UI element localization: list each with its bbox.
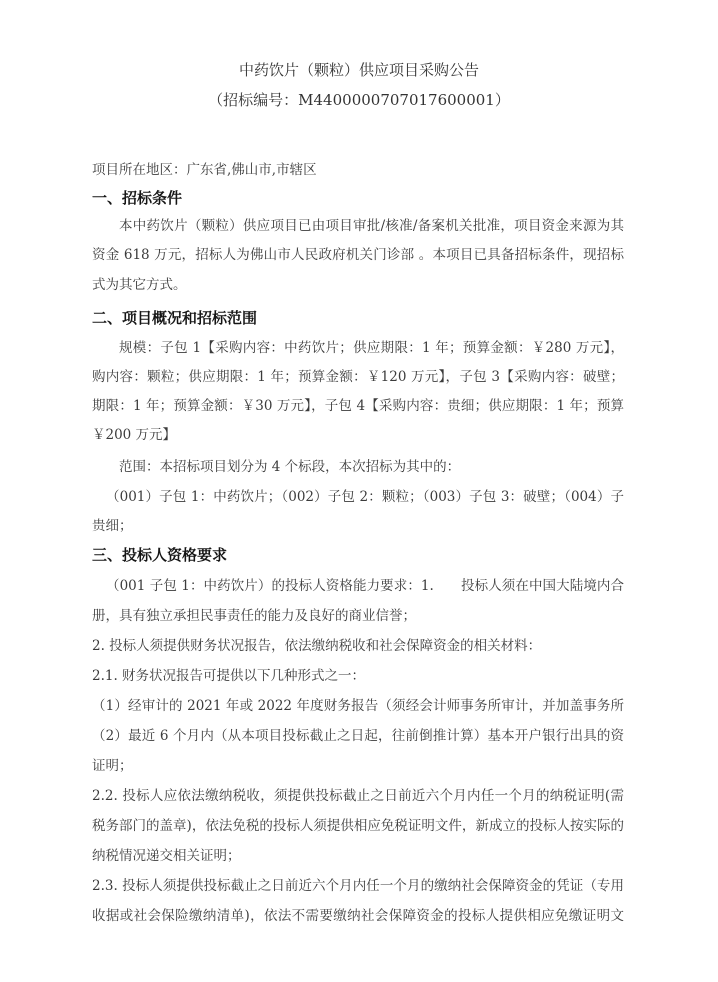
requirement-line: （2）最近 6 个月内（从本项目投标截止之日起，往前倒推计算）基本开户银行出具的…	[92, 726, 624, 746]
requirement-line: 2.3. 投标人须提供投标截止之日前近六个月内任一个月的缴纳社会保障资金的凭证（…	[92, 876, 624, 896]
tender-number: （招标编号：M4400000707017600001）	[0, 90, 718, 110]
scope-line: 范围：本招标项目划分为 4 个标段，本次招标为其中的：	[119, 457, 460, 477]
lots-line: （001）子包 1：中药饮片；（002）子包 2：颗粒；（003）子包 3：破壁…	[106, 487, 624, 507]
scale-line: 期限：1 年；预算金额：￥30 万元】，子包 4【采购内容：贵细；供应期限：1 …	[92, 396, 624, 416]
requirement-line: 2. 投标人须提供财务状况报告，依法缴纳税收和社会保障资金的相关材料：	[92, 636, 541, 656]
requirement-line: （001 子包 1：中药饮片）的投标人资格能力要求：1. 投标人须在中国大陆境内…	[106, 576, 624, 596]
paragraph-line: 资金 618 万元，招标人为佛山市人民政府机关门诊部 。本项目已具备招标条件，现…	[92, 245, 624, 265]
lots-line: 贵细；	[92, 516, 133, 536]
requirement-line: 税务部门的盖章)，依法免税的投标人须提供相应免税证明文件，新成立的投标人按实际的	[92, 816, 624, 836]
requirement-line: 证明；	[92, 756, 133, 776]
requirement-line: （1）经审计的 2021 年或 2022 年度财务报告（须经会计师事务所审计，并…	[92, 696, 624, 716]
requirement-line: 收据或社会保险缴纳清单)，依法不需要缴纳社会保障资金的投标人提供相应免缴证明文件…	[92, 906, 624, 926]
scale-line: 规模：子包 1【采购内容：中药饮片；供应期限：1 年；预算金额：￥280 万元】…	[119, 338, 624, 358]
scale-line: 购内容：颗粒；供应期限：1 年；预算金额：￥120 万元】，子包 3【采购内容：…	[92, 367, 624, 387]
requirement-line: 册，具有独立承担民事责任的能力及良好的商业信誉；	[92, 606, 416, 626]
document-title: 中药饮片（颗粒）供应项目采购公告	[0, 60, 718, 80]
document-page: 中药饮片（颗粒）供应项目采购公告 （招标编号：M4400000707017600…	[0, 0, 718, 982]
requirement-line: 纳税情况递交相关证明；	[92, 846, 241, 866]
scale-line: ￥200 万元】	[92, 425, 176, 445]
section-heading-bidder-qualifications: 三、投标人资格要求	[92, 544, 227, 566]
paragraph-line: 本中药饮片（颗粒）供应项目已由项目审批/核准/备案机关批准，项目资金来源为其他	[119, 216, 624, 236]
project-region: 项目所在地区：广东省,佛山市,市辖区	[92, 160, 317, 180]
section-heading-project-overview: 二、项目概况和招标范围	[92, 307, 257, 329]
requirement-line: 2.1. 财务状况报告可提供以下几种形式之一：	[92, 666, 365, 686]
requirement-line: 2.2. 投标人应依法缴纳税收，须提供投标截止之日前近六个月内任一个月的纳税证明…	[92, 786, 624, 806]
paragraph-line: 式为其它方式。	[92, 275, 187, 295]
section-heading-tender-conditions: 一、招标条件	[92, 187, 182, 209]
